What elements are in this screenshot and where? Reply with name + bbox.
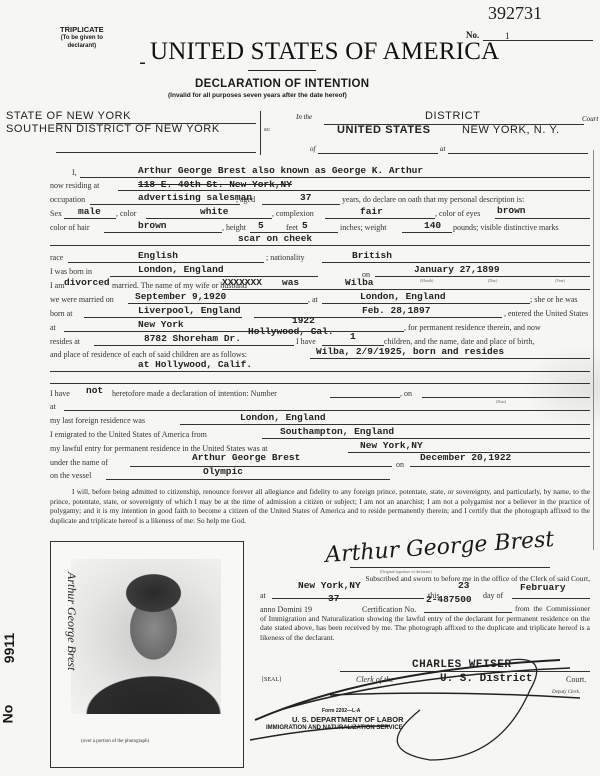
court-name: UNITED STATES: [337, 124, 431, 136]
residence-value: 118 E. 40th St. New York,NY: [138, 179, 292, 190]
signature-rule: [350, 567, 550, 568]
spouse-name: Wilba: [345, 277, 374, 288]
prev-on-label: , on: [400, 389, 412, 398]
side-number-label: No: [0, 705, 15, 724]
form-title: DECLARATION OF INTENTION: [195, 78, 369, 90]
emigrated-label: I emigrated to the United States of Amer…: [50, 430, 207, 439]
occupation-label: occupation: [50, 195, 85, 204]
declarant-photo: [71, 559, 221, 714]
resides-label: resides at: [50, 337, 80, 346]
last-residence-value: London, England: [240, 412, 326, 423]
marks-value: scar on cheek: [238, 233, 312, 244]
service-label: IMMIGRATION AND NATURALIZATION SERVICE: [266, 725, 403, 731]
complexion-rule: [325, 218, 435, 219]
subscribed-place-rule: [272, 598, 424, 599]
permanent-label: , for permanent residence therein, and n…: [404, 323, 541, 332]
entered-label: , entered the United States: [504, 309, 588, 318]
copy-note-line2: declarant): [60, 42, 104, 50]
no-value: 1: [505, 31, 510, 41]
at-rule: [448, 153, 588, 154]
ss-label: ss:: [264, 127, 271, 133]
entry-date-value: December 20,1922: [420, 452, 511, 463]
copy-note-line1: (To be given to: [60, 34, 104, 42]
spouse-birth-date-value: Feb. 28,1897: [362, 305, 430, 316]
residence-rule: [118, 190, 590, 191]
marriage-place-value: London, England: [360, 291, 446, 302]
vessel-label: on the vessel: [50, 471, 91, 480]
nationality-value: British: [352, 250, 392, 261]
entry-place-value: New York: [138, 319, 184, 330]
weight-rule: [402, 232, 452, 233]
photo-signature: Arthur George Brest: [64, 572, 79, 670]
no-rule: [483, 40, 593, 41]
spouse-residence-rule: [94, 345, 294, 346]
form-subtitle: (Invalid for all purposes seven years af…: [168, 92, 347, 99]
hair-label: color of hair: [50, 223, 90, 232]
children-line-1: Wilba, 2/9/1925, born and resides: [316, 346, 504, 357]
prev-decl-value: not: [86, 385, 103, 396]
marriage-date-value: September 9,1920: [135, 291, 226, 302]
birth-date-rule: [375, 276, 590, 277]
under-name-label: under the name of: [50, 458, 108, 467]
children-line-2: at Hollywood, Calif.: [138, 359, 252, 370]
prev-at-rule: [64, 410, 590, 411]
triplicate-label: TRIPLICATE: [60, 26, 104, 34]
last-residence-rule: [180, 424, 590, 425]
oath-paragraph: I will, before being admitted to citizen…: [50, 487, 590, 525]
form-number: Form 2202—L-A: [322, 708, 360, 714]
entry-name-rule: [130, 466, 392, 467]
eyes-rule: [495, 218, 590, 219]
subscribed-day: 23: [458, 580, 469, 591]
court-location: NEW YORK, N. Y.: [462, 124, 560, 136]
emigrated-rule: [262, 438, 590, 439]
prev-on-rule: [422, 397, 590, 398]
copy-designation: TRIPLICATE (To be given to declarant): [60, 26, 104, 50]
last-residence-label: my last foreign residence was: [50, 416, 145, 425]
photo-caption: (over a portion of the photograph): [81, 739, 149, 744]
residing-label: now residing at: [50, 181, 99, 190]
weight-suffix: pounds; visible distinctive marks: [453, 223, 559, 232]
year-label: (Year): [555, 278, 565, 283]
children-count-value: 1: [350, 331, 356, 342]
color-rule: [146, 218, 272, 219]
inches-label: inches; weight: [340, 223, 386, 232]
children-label: and place of residence of each of said c…: [50, 350, 247, 359]
height-feet-value: 5: [258, 220, 264, 231]
month-rule: [512, 598, 590, 599]
declarant-name: Arthur George Brest also known as George…: [138, 165, 423, 176]
color-label: , color: [116, 209, 136, 218]
entry-at-label: at: [50, 323, 56, 332]
spouse-city-value: Hollywood, Cal.: [248, 326, 334, 337]
prev-decl-suffix: heretofore made a declaration of intenti…: [112, 389, 277, 398]
marital-status-value: divorced: [64, 277, 110, 288]
entry-name-value: Arthur George Brest: [192, 452, 300, 463]
height-inches-value: 5: [302, 220, 308, 231]
spouse-birthplace-value: Liverpool, England: [138, 305, 241, 316]
i-label: I,: [72, 168, 77, 177]
children-suffix: children, and the name, date and place o…: [384, 337, 534, 346]
eyes-label: , color of eyes: [435, 209, 480, 218]
eyes-value: brown: [497, 205, 526, 216]
name-rule: [80, 177, 590, 178]
married-at-label: , at: [308, 295, 318, 304]
birth-date-value: January 27,1899: [414, 264, 500, 275]
cert-text: from the Commissioner of Immigration and…: [260, 604, 590, 642]
children-rule-3: [50, 383, 590, 384]
day-label: (Day): [488, 278, 497, 283]
occupation-value: advertising salesman: [138, 192, 252, 203]
marriage-date-rule: [128, 303, 308, 304]
district-label: SOUTHERN DISTRICT OF NEW YORK: [6, 123, 220, 135]
page-title: UNITED STATES OF AMERICA: [150, 38, 499, 66]
spouse-strike: XXXXXXX: [222, 277, 262, 288]
spouse-born-suffix: ; she or he was: [530, 295, 578, 304]
birthplace-value: London, England: [138, 264, 224, 275]
day-of-label: day of: [483, 591, 503, 600]
entry-year-value: 1922: [292, 315, 315, 326]
occupation-rule: [90, 204, 240, 205]
state-label: STATE OF NEW YORK: [6, 110, 131, 122]
in-the-label: In the: [296, 113, 312, 121]
aged-label: , aged: [236, 195, 255, 204]
race-value: English: [138, 250, 178, 261]
nationality-rule: [322, 262, 590, 263]
subscribed-year: 37: [328, 593, 339, 604]
vessel-value: Olympic: [203, 466, 243, 477]
sex-label: Sex: [50, 209, 62, 218]
spouse-born-label: born at: [50, 309, 72, 318]
marriage-place-rule: [322, 303, 530, 304]
court-type: DISTRICT: [425, 110, 481, 122]
spouse-birthplace-rule: [84, 317, 242, 318]
spouse-residence-value: 8782 Shoreham Dr.: [144, 333, 241, 344]
month-label: (Month): [420, 278, 433, 283]
ss-mark: ▬: [140, 60, 145, 66]
married-label: we were married on: [50, 295, 114, 304]
race-label: race: [50, 253, 63, 262]
hair-value: brown: [138, 220, 167, 231]
right-edge-line: [593, 150, 594, 550]
nationality-label: ; nationality: [266, 253, 304, 262]
prev-decl-prefix: I have: [50, 389, 70, 398]
of-rule: [318, 153, 438, 154]
marital-prefix: I am: [50, 281, 64, 290]
complexion-label: , complexion: [272, 209, 314, 218]
born-label: I was born in: [50, 267, 92, 276]
at-label: at: [440, 145, 445, 153]
jurisdiction-bracket: [260, 111, 261, 155]
vessel-rule: [106, 479, 390, 480]
entry-on-label: on: [396, 460, 404, 469]
emigrated-from-value: Southampton, England: [280, 426, 394, 437]
age-value: 37: [300, 192, 311, 203]
document-number: 392731: [488, 3, 542, 24]
children-rule-1: [310, 358, 590, 359]
spouse-rule: [222, 289, 590, 290]
prev-decl-number-rule: [330, 397, 400, 398]
complexion-value: fair: [360, 206, 383, 217]
age-rule: [262, 204, 340, 205]
marks-rule: [50, 245, 590, 246]
prev-at-label: at: [50, 402, 56, 411]
date-label: (Date): [496, 399, 506, 404]
hair-rule: [104, 232, 222, 233]
photo-frame: Arthur George Brest (over a portion of t…: [50, 541, 244, 768]
feet-label: feet: [286, 223, 298, 232]
declarant-signature: Arthur George Brest: [324, 527, 555, 568]
of-label: of: [310, 145, 315, 153]
subscribed-place: New York,NY: [298, 580, 361, 591]
lawful-entry-place-value: New York,NY: [360, 440, 423, 451]
declaration-document: TRIPLICATE (To be given to declarant) 39…: [0, 0, 600, 776]
subscribed-month: February: [520, 582, 566, 593]
department-label: U. S. DEPARTMENT OF LABOR: [292, 715, 404, 724]
side-number: 9911: [1, 633, 17, 663]
spouse-was: was: [282, 277, 299, 288]
subscribed-at-label: at: [260, 591, 266, 600]
entry-date-rule: [410, 466, 590, 467]
weight-value: 140: [424, 220, 441, 231]
color-value: white: [200, 206, 229, 217]
sex-value: male: [78, 206, 101, 217]
aged-suffix: years, do declare on oath that my person…: [342, 195, 524, 204]
children-rule-2: [50, 371, 590, 372]
i-have-label: I have: [296, 337, 316, 346]
title-underline: [248, 70, 316, 71]
clerk-signature-flourish: [250, 650, 600, 776]
race-rule: [68, 262, 264, 263]
sex-rule: [64, 218, 116, 219]
height-label: , height: [222, 223, 246, 232]
court-word: Court: [582, 115, 598, 123]
district-rule: [56, 152, 256, 153]
